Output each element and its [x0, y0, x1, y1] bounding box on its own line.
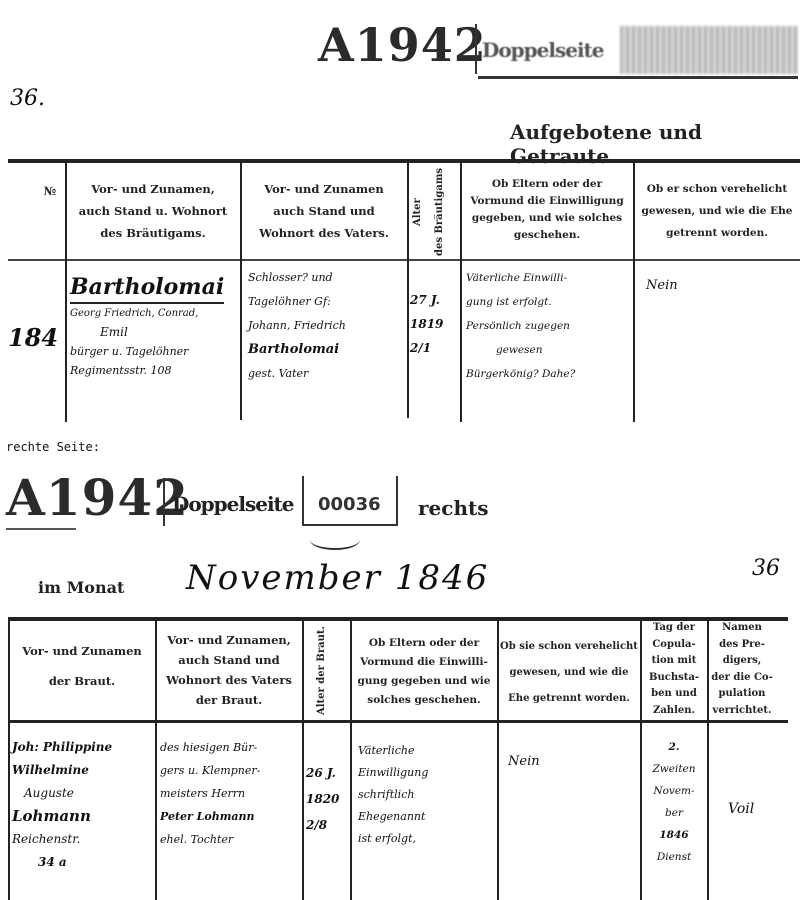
groom-surname: Bartholomai [70, 272, 224, 304]
cell-line: Väterliche [358, 740, 496, 762]
header-line: der die Co- [709, 670, 775, 687]
cell-line: 1846 [642, 824, 706, 846]
cell-line: Regimentsstr. 108 [70, 361, 240, 380]
header-groom-name: Vor- und Zunamen, auch Stand u. Wohnort … [67, 178, 239, 244]
page-number: 36. [10, 86, 45, 111]
cell-line: 26 J. [306, 760, 350, 786]
cell-line: ehel. Tochter [160, 828, 302, 851]
cell-line: Zweiten [642, 758, 706, 780]
header-number: № [36, 180, 64, 202]
column-divider [302, 620, 304, 900]
column-divider [407, 162, 409, 418]
cell-line: Dienst [642, 846, 706, 868]
header-line: pulation [709, 686, 775, 703]
cell-line: gest. Vater [248, 362, 406, 386]
cell-line: 2/1 [410, 336, 460, 360]
header-line: Vor- und Zunamen [242, 178, 406, 200]
header-line: digers, [709, 653, 775, 670]
cell-line: Reichenstr. [12, 828, 154, 851]
bride-consent-cell: Väterliche Einwilligung schriftlich Eheg… [358, 740, 496, 850]
cell-line: Väterliche Einwilli- [466, 266, 632, 290]
age-cell: 27 J. 1819 2/1 [410, 288, 460, 360]
header-line: Vormund die Einwilli- [352, 653, 496, 672]
header-prior-marriage: Ob er schon verehelicht gewesen, und wie… [636, 178, 798, 244]
header-line: Tag der [642, 620, 706, 637]
cell-line: ber [642, 802, 706, 824]
cell-line: gers u. Klempner- [160, 759, 302, 782]
cell-line: Joh: Philippine [12, 736, 154, 759]
column-divider [633, 162, 635, 422]
cell-line: Auguste [12, 782, 154, 805]
stamp-divider [163, 478, 165, 526]
bride-prior-marriage-cell: Nein [508, 752, 540, 771]
header-line: gegeben, und wie solches [462, 210, 632, 227]
header-line: Zahlen. [642, 703, 706, 720]
cell-line: Einwilligung [358, 762, 496, 784]
header-line: Vor- und Zunamen, [67, 178, 239, 200]
header-line: geschehen. [462, 227, 632, 244]
page-side-label: rechts [418, 496, 488, 520]
stamp-label: Doppelseite [482, 38, 604, 62]
header-line: auch Stand u. Wohnort [67, 200, 239, 222]
header-line: Vormund die Einwilligung [462, 193, 632, 210]
header-line: Ob sie schon verehelicht [499, 634, 639, 660]
header-preacher: Namen des Pre- digers, der die Co- pulat… [709, 620, 775, 719]
cell-line: Georg Friedrich, Conrad, [70, 304, 240, 323]
obscured-stamp-region [620, 26, 798, 74]
header-line: getrennt worden. [636, 222, 798, 244]
cell-line: des hiesigen Bür- [160, 736, 302, 759]
cell-line: meisters Herrn [160, 782, 302, 805]
father-name-cell: Schlosser? und Tagelöhner Gf: Johann, Fr… [248, 266, 406, 386]
cell-line: 27 J. [410, 288, 460, 312]
cell-line: Emil [70, 323, 240, 342]
cell-line: Johann, Friedrich [248, 314, 406, 338]
cell-line: bürger u. Tagelöhner [70, 342, 240, 361]
cell-line: gung ist erfolgt. [466, 290, 632, 314]
header-consent: Ob Eltern oder der Vormund die Einwilli-… [352, 634, 496, 710]
cell-line: 1820 [306, 786, 350, 812]
prior-marriage-cell: Nein [646, 276, 678, 295]
bride-name-cell: Joh: Philippine Wilhelmine Auguste Lohma… [12, 736, 154, 874]
copulation-date-cell: 2. Zweiten Novem- ber 1846 Dienst [642, 736, 706, 868]
entry-number: 184 [8, 328, 58, 347]
header-father-name: Vor- und Zunamen, auch Stand und Wohnort… [157, 630, 301, 710]
header-line: Ob Eltern oder der [462, 176, 632, 193]
pen-flourish [310, 530, 360, 550]
header-line: tion mit [642, 653, 706, 670]
header-line: Wohnort des Vaters. [242, 222, 406, 244]
cell-line: Novem- [642, 780, 706, 802]
cell-line: 2. [642, 736, 706, 758]
header-prior-marriage: Ob sie schon verehelicht gewesen, und wi… [499, 634, 639, 712]
consent-cell: Väterliche Einwilli- gung ist erfolgt. P… [466, 266, 632, 386]
table-header-rule [8, 720, 788, 723]
header-line: der Braut. [10, 666, 154, 696]
header-age: Alter der Braut. [316, 626, 336, 716]
header-father-name: Vor- und Zunamen auch Stand und Wohnort … [242, 178, 406, 244]
header-line: gewesen, und wie die [499, 660, 639, 686]
header-consent: Ob Eltern oder der Vormund die Einwillig… [462, 176, 632, 244]
month-value: November 1846 [186, 558, 489, 598]
cell-line: Schlosser? und [248, 266, 406, 290]
cell-line: 34 a [12, 851, 154, 874]
stamp-underline [6, 528, 76, 530]
header-age-sub: des Bräutigams [434, 166, 454, 258]
cell-line: Ehegenannt [358, 806, 496, 828]
header-age: Alter [412, 170, 432, 254]
header-line: Namen [709, 620, 775, 637]
cell-line: Bartholomai [248, 338, 406, 362]
header-bride-name: Vor- und Zunamen der Braut. [10, 636, 154, 696]
cell-line: Bürgerkönig? Dahe? [466, 362, 632, 386]
groom-name-cell: Bartholomai Georg Friedrich, Conrad, Emi… [70, 272, 240, 380]
cell-line: Lohmann [12, 805, 154, 828]
header-line: gewesen, und wie die Ehe [636, 200, 798, 222]
header-line: auch Stand und [242, 200, 406, 222]
cell-line: gewesen [466, 338, 632, 362]
header-line: der Braut. [157, 690, 301, 710]
page-separator-label: rechte Seite: [6, 440, 100, 454]
header-line: des Bräutigams. [67, 222, 239, 244]
header-line: des Pre- [709, 637, 775, 654]
stamp-label: Doppelseite [172, 492, 294, 516]
header-line: Vor- und Zunamen, [157, 630, 301, 650]
bride-age-cell: 26 J. 1820 2/8 [306, 760, 350, 838]
page-number: 36 [752, 556, 780, 581]
month-label: im Monat [38, 578, 124, 597]
cell-line: schriftlich [358, 784, 496, 806]
cell-line: 2/8 [306, 812, 350, 838]
header-line: solches geschehen. [352, 691, 496, 710]
header-line: Ob er schon verehelicht [636, 178, 798, 200]
stamp-underline [478, 76, 798, 79]
cell-line: ist erfolgt, [358, 828, 496, 850]
page-code: 00036 [318, 494, 381, 515]
header-line: Copula- [642, 637, 706, 654]
header-line: Ob Eltern oder der [352, 634, 496, 653]
header-line: ben und [642, 686, 706, 703]
cell-line: Tagelöhner Gf: [248, 290, 406, 314]
cell-line: Persönlich zugegen [466, 314, 632, 338]
preacher-cell: Voil [728, 800, 754, 819]
header-line: Ehe getrennt worden. [499, 686, 639, 712]
cell-line: 1819 [410, 312, 460, 336]
archive-stamp-code: A1942 [318, 20, 487, 70]
header-line: gung gegeben und wie [352, 672, 496, 691]
archive-stamp-code: A1942 [6, 470, 189, 526]
cell-line: Peter Lohmann [160, 805, 302, 828]
header-line: Vor- und Zunamen [10, 636, 154, 666]
cell-line: Wilhelmine [12, 759, 154, 782]
header-line: auch Stand und [157, 650, 301, 670]
bride-father-cell: des hiesigen Bür- gers u. Klempner- meis… [160, 736, 302, 851]
table-header-rule [8, 259, 800, 261]
header-line: Buchsta- [642, 670, 706, 687]
header-line: verrichtet. [709, 703, 775, 720]
header-copulation-date: Tag der Copula- tion mit Buchsta- ben un… [642, 620, 706, 719]
header-line: Wohnort des Vaters [157, 670, 301, 690]
table-top-rule [8, 159, 800, 163]
stamp-divider [475, 24, 477, 74]
